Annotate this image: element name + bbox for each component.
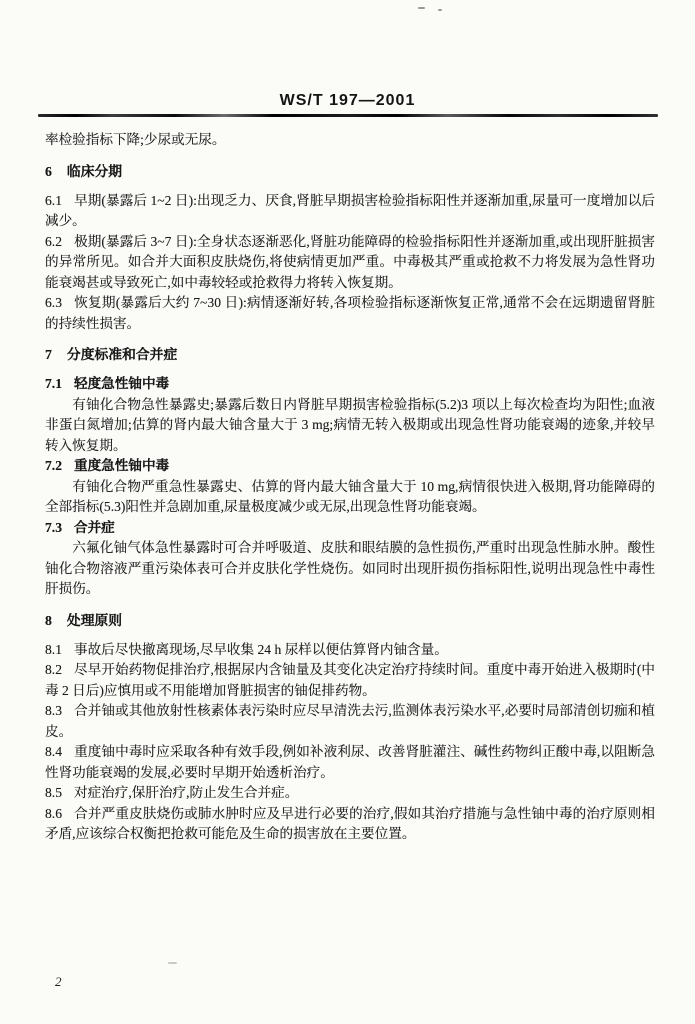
clause-6-1-number: 6.1: [45, 193, 62, 208]
clause-7-1-title-text: 轻度急性铀中毒: [74, 376, 169, 391]
clause-8-5-number: 8.5: [45, 785, 62, 800]
section-8-heading: 8处理原则: [45, 610, 655, 631]
clause-8-1-text: 事故后尽快撤离现场,尽早收集 24 h 尿样以便估算肾内铀含量。: [74, 642, 448, 657]
clause-7-3-body: 六氟化铀气体急性暴露时可合并呼吸道、皮肤和眼结膜的急性损伤,严重时出现急性肺水肿…: [45, 538, 655, 600]
clause-8-4-number: 8.4: [45, 744, 62, 759]
standard-code: WS/T 197—2001: [0, 92, 695, 110]
clause-8-5-text: 对症治疗,保肝治疗,防止发生合并症。: [74, 785, 298, 800]
section-7-heading: 7分度标准和合并症: [45, 344, 655, 365]
clause-8-1-number: 8.1: [45, 642, 62, 657]
clause-8-3: 8.3合并铀或其他放射性核素体表污染时应尽早清洗去污,监测体表污染水平,必要时局…: [45, 701, 655, 742]
section-6-title: 临床分期: [67, 164, 122, 179]
clause-8-6-text: 合并严重皮肤烧伤或肺水肿时应及早进行必要的治疗,假如其治疗措施与急性铀中毒的治疗…: [45, 806, 655, 842]
section-7-title: 分度标准和合并症: [67, 347, 177, 362]
clause-7-2-title: 7.2重度急性铀中毒: [45, 456, 655, 477]
clause-7-1-body: 有铀化合物急性暴露史;暴露后数日内肾脏早期损害检验指标(5.2)3 项以上每次检…: [45, 395, 655, 457]
header-rule: [38, 114, 658, 117]
clause-8-2: 8.2尽早开始药物促排治疗,根据尿内含铀量及其变化决定治疗持续时间。重度中毒开始…: [45, 660, 655, 701]
continuation-text: 率检验指标下降;少尿或无尿。: [45, 130, 655, 151]
section-8-number: 8: [45, 613, 52, 628]
clause-6-3-text: 恢复期(暴露后大约 7~30 日):病情逐渐好转,各项检验指标逐渐恢复正常,通常…: [45, 295, 655, 331]
clause-8-6: 8.6合并严重皮肤烧伤或肺水肿时应及早进行必要的治疗,假如其治疗措施与急性铀中毒…: [45, 804, 655, 845]
clause-8-6-number: 8.6: [45, 806, 62, 821]
clause-6-1-text: 早期(暴露后 1~2 日):出现乏力、厌食,肾脏早期损害检验指标阳性并逐渐加重,…: [45, 193, 655, 229]
clause-7-1-number: 7.1: [45, 376, 62, 391]
scanned-document-page: WS/T 197—2001 率检验指标下降;少尿或无尿。 6临床分期 6.1早期…: [0, 0, 695, 1024]
section-7-number: 7: [45, 347, 52, 362]
clause-8-3-number: 8.3: [45, 703, 62, 718]
clause-7-2-body: 有铀化合物严重急性暴露史、估算的肾内最大铀含量大于 10 mg,病情很快进入极期…: [45, 477, 655, 518]
document-body: 率检验指标下降;少尿或无尿。 6临床分期 6.1早期(暴露后 1~2 日):出现…: [45, 130, 655, 845]
clause-8-2-text: 尽早开始药物促排治疗,根据尿内含铀量及其变化决定治疗持续时间。重度中毒开始进入极…: [45, 662, 655, 698]
clause-8-3-text: 合并铀或其他放射性核素体表污染时应尽早清洗去污,监测体表污染水平,必要时局部清创…: [45, 703, 655, 739]
clause-8-2-number: 8.2: [45, 662, 62, 677]
clause-7-2-title-text: 重度急性铀中毒: [74, 458, 169, 473]
clause-7-3-number: 7.3: [45, 520, 62, 535]
clause-8-1: 8.1事故后尽快撤离现场,尽早收集 24 h 尿样以便估算肾内铀含量。: [45, 640, 655, 661]
clause-6-1: 6.1早期(暴露后 1~2 日):出现乏力、厌食,肾脏早期损害检验指标阳性并逐渐…: [45, 191, 655, 232]
clause-6-2: 6.2极期(暴露后 3~7 日):全身状态逐渐恶化,肾脏功能障碍的检验指标阳性并…: [45, 232, 655, 294]
clause-7-3-title: 7.3合并症: [45, 518, 655, 539]
clause-7-2-number: 7.2: [45, 458, 62, 473]
scan-artifact: [418, 7, 425, 9]
clause-6-3: 6.3恢复期(暴露后大约 7~30 日):病情逐渐好转,各项检验指标逐渐恢复正常…: [45, 293, 655, 334]
section-6-heading: 6临床分期: [45, 161, 655, 182]
clause-7-3-title-text: 合并症: [74, 520, 115, 535]
clause-6-2-number: 6.2: [45, 234, 62, 249]
section-6-number: 6: [45, 164, 52, 179]
clause-7-1-title: 7.1轻度急性铀中毒: [45, 374, 655, 395]
clause-6-2-text: 极期(暴露后 3~7 日):全身状态逐渐恶化,肾脏功能障碍的检验指标阳性并逐渐加…: [45, 234, 655, 290]
section-8-title: 处理原则: [67, 613, 122, 628]
clause-8-4-text: 重度铀中毒时应采取各种有效手段,例如补液利尿、改善肾脏灌注、碱性药物纠正酸中毒,…: [45, 744, 655, 780]
clause-6-3-number: 6.3: [45, 295, 62, 310]
scan-artifact: [438, 9, 442, 11]
scan-artifact: [168, 962, 177, 964]
clause-8-4: 8.4重度铀中毒时应采取各种有效手段,例如补液利尿、改善肾脏灌注、碱性药物纠正酸…: [45, 742, 655, 783]
page-number: 2: [55, 974, 62, 990]
clause-8-5: 8.5对症治疗,保肝治疗,防止发生合并症。: [45, 783, 655, 804]
